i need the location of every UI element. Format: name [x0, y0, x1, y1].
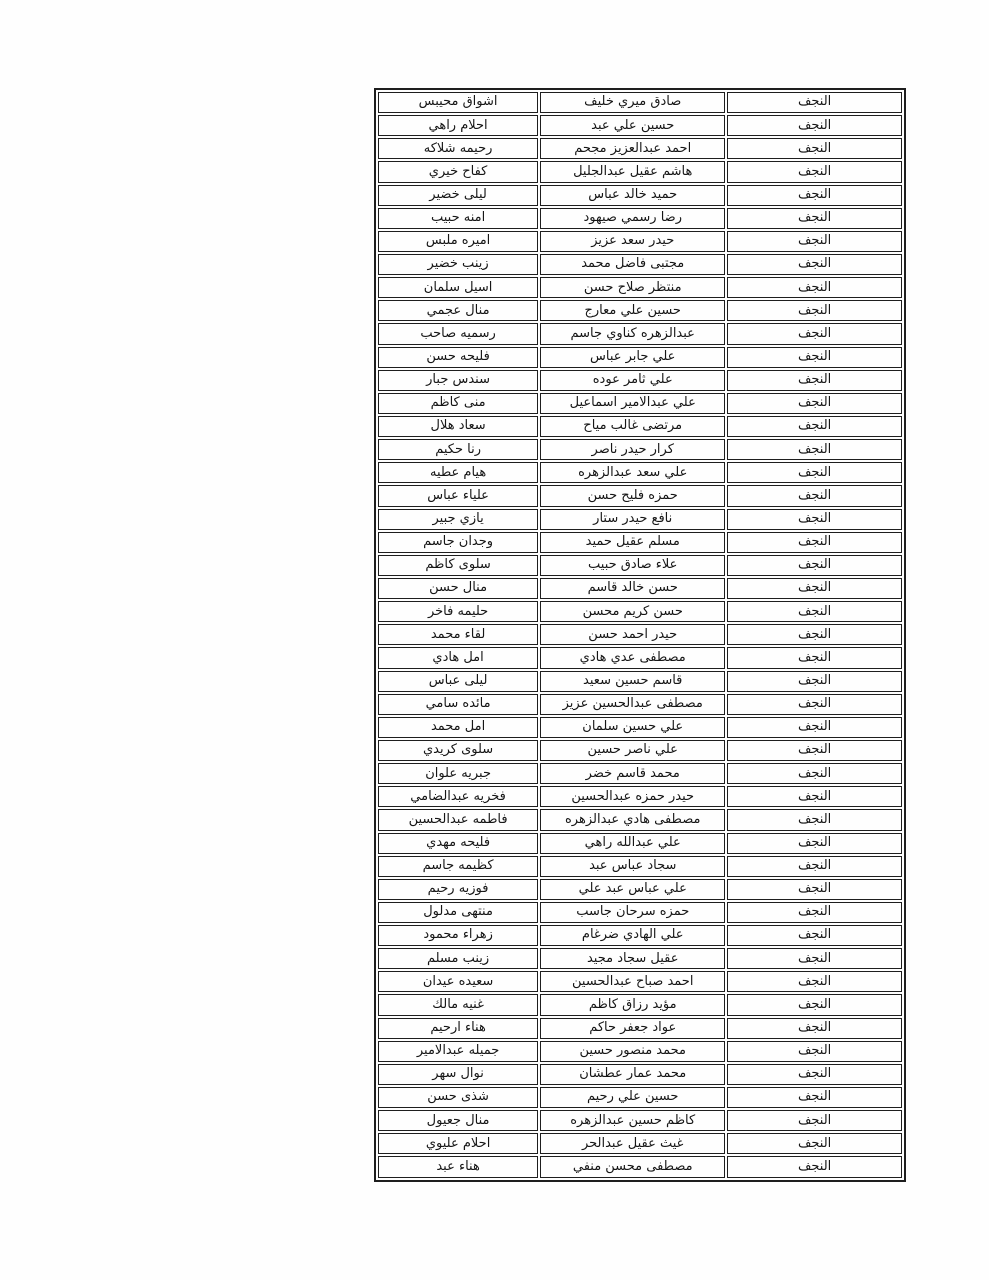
cell-full-name: عبدالزهره كناوي جاسم: [540, 323, 725, 344]
cell-province: النجف: [727, 370, 902, 391]
cell-province: النجف: [727, 1041, 902, 1062]
cell-mother-name: مائده سامي: [378, 694, 538, 715]
table-row: النجفصادق ميري خليفاشواق محيبس: [378, 92, 902, 113]
cell-full-name: نافع حيدر ستار: [540, 509, 725, 530]
cell-full-name: هاشم عقيل عبدالجليل: [540, 161, 725, 182]
cell-province: النجف: [727, 254, 902, 275]
table-row: النجفعلي ثامر عودهسندس جبار: [378, 370, 902, 391]
cell-province: النجف: [727, 1156, 902, 1178]
cell-mother-name: رنا حكيم: [378, 439, 538, 460]
cell-mother-name: زينب مسلم: [378, 948, 538, 969]
cell-mother-name: هيام عطيه: [378, 462, 538, 483]
cell-province: النجف: [727, 416, 902, 437]
table-row: النجفحيدر سعد عزيزاميره ملبس: [378, 231, 902, 252]
cell-mother-name: فوزيه رحيم: [378, 879, 538, 900]
cell-province: النجف: [727, 994, 902, 1015]
cell-mother-name: احلام عليوي: [378, 1133, 538, 1154]
cell-province: النجف: [727, 393, 902, 414]
table-row: النجفكاظم حسين عبدالزهرهمنال جعيول: [378, 1110, 902, 1131]
table-row: النجفعلي حسين سلمانامل محمد: [378, 717, 902, 738]
cell-full-name: حيدر حمزه عبدالحسين: [540, 786, 725, 807]
cell-mother-name: ليلى عباس: [378, 671, 538, 692]
cell-province: النجف: [727, 1110, 902, 1131]
cell-province: النجف: [727, 809, 902, 830]
table-row: النجفعلاء صادق حبيبسلوى كاظم: [378, 555, 902, 576]
cell-province: النجف: [727, 971, 902, 992]
cell-mother-name: فليحه مهدي: [378, 833, 538, 854]
cell-full-name: حسين علي معارج: [540, 300, 725, 321]
table-row: النجفنافع حيدر ستاريازي جبير: [378, 509, 902, 530]
table-row: النجفعلي عبدالامير اسماعيلمنى كاظم: [378, 393, 902, 414]
table-row: النجفمحمد منصور حسينجميله عبدالامير: [378, 1041, 902, 1062]
cell-province: النجف: [727, 323, 902, 344]
table-row: النجفمصطفى هادي عبدالزهرهفاطمه عبدالحسين: [378, 809, 902, 830]
cell-mother-name: اميره ملبس: [378, 231, 538, 252]
cell-province: النجف: [727, 231, 902, 252]
cell-full-name: حسن كريم محسن: [540, 601, 725, 622]
names-table: النجفصادق ميري خليفاشواق محيبسالنجفحسين …: [374, 88, 906, 1182]
cell-province: النجف: [727, 902, 902, 923]
table-row: النجفحمزه سرحان جاسبمنتهى مدلول: [378, 902, 902, 923]
cell-province: النجف: [727, 185, 902, 206]
cell-mother-name: جبريه علوان: [378, 763, 538, 784]
cell-full-name: علي عبدالامير اسماعيل: [540, 393, 725, 414]
cell-full-name: مؤيد رزاق كاظم: [540, 994, 725, 1015]
table-row: النجفاحمد صباح عبدالحسينسعيده عيدان: [378, 971, 902, 992]
cell-full-name: حيدر سعد عزيز: [540, 231, 725, 252]
cell-full-name: مرتضى غالب مياح: [540, 416, 725, 437]
cell-province: النجف: [727, 948, 902, 969]
cell-full-name: محمد عمار عطشان: [540, 1064, 725, 1085]
document-page: النجفصادق ميري خليفاشواق محيبسالنجفحسين …: [0, 0, 989, 1280]
cell-province: النجف: [727, 1064, 902, 1085]
table-row: النجفاحمد عبدالعزيز مجحمرحيمه شلاكه: [378, 138, 902, 159]
table-row: النجفمؤيد رزاق كاظمغنيه مالك: [378, 994, 902, 1015]
cell-mother-name: فاطمه عبدالحسين: [378, 809, 538, 830]
cell-province: النجف: [727, 555, 902, 576]
table-row: النجفحسين علي معارجمنال عجمي: [378, 300, 902, 321]
table-row: النجفحمزه فليح حسنعلياء عباس: [378, 485, 902, 506]
table-row: النجفحسن كريم محسنحليمه فاخر: [378, 601, 902, 622]
cell-full-name: عقيل سجاد مجيد: [540, 948, 725, 969]
cell-full-name: علي ناصر حسين: [540, 740, 725, 761]
cell-province: النجف: [727, 578, 902, 599]
cell-full-name: احمد صباح عبدالحسين: [540, 971, 725, 992]
cell-full-name: محمد منصور حسين: [540, 1041, 725, 1062]
cell-province: النجف: [727, 647, 902, 668]
cell-full-name: علي عباس عبد علي: [540, 879, 725, 900]
cell-full-name: غيث عقيل عبدالحر: [540, 1133, 725, 1154]
cell-mother-name: ليلى خضير: [378, 185, 538, 206]
cell-mother-name: لقاء محمد: [378, 624, 538, 645]
cell-full-name: كرار حيدر ناصر: [540, 439, 725, 460]
table-row: النجفحسن خالد قاسممنال حسن: [378, 578, 902, 599]
cell-mother-name: سلوى كاظم: [378, 555, 538, 576]
cell-full-name: عواد جعفر حاكم: [540, 1018, 725, 1039]
cell-mother-name: شذى حسن: [378, 1087, 538, 1108]
cell-full-name: علاء صادق حبيب: [540, 555, 725, 576]
cell-province: النجف: [727, 532, 902, 553]
cell-full-name: قاسم حسين سعيد: [540, 671, 725, 692]
cell-mother-name: غنيه مالك: [378, 994, 538, 1015]
cell-province: النجف: [727, 115, 902, 136]
cell-mother-name: هناء عبد: [378, 1156, 538, 1178]
cell-full-name: صادق ميري خليف: [540, 92, 725, 113]
cell-mother-name: منتهى مدلول: [378, 902, 538, 923]
table-row: النجفكرار حيدر ناصررنا حكيم: [378, 439, 902, 460]
cell-province: النجف: [727, 1133, 902, 1154]
table-row: النجفحسين علي رحيمشذى حسن: [378, 1087, 902, 1108]
cell-full-name: علي حسين سلمان: [540, 717, 725, 738]
cell-full-name: حميد خالد عباس: [540, 185, 725, 206]
cell-mother-name: منال حسن: [378, 578, 538, 599]
cell-province: النجف: [727, 601, 902, 622]
cell-province: النجف: [727, 694, 902, 715]
cell-province: النجف: [727, 763, 902, 784]
cell-mother-name: علياء عباس: [378, 485, 538, 506]
cell-full-name: احمد عبدالعزيز مجحم: [540, 138, 725, 159]
cell-province: النجف: [727, 624, 902, 645]
cell-full-name: مجتبى فاضل محمد: [540, 254, 725, 275]
cell-province: النجف: [727, 92, 902, 113]
cell-full-name: علي الهادي ضرغام: [540, 925, 725, 946]
names-table-container: النجفصادق ميري خليفاشواق محيبسالنجفحسين …: [374, 88, 906, 1182]
cell-province: النجف: [727, 347, 902, 368]
cell-province: النجف: [727, 786, 902, 807]
table-row: النجفمجتبى فاضل محمدزينب خضير: [378, 254, 902, 275]
table-row: النجفمسلم عقيل حميدوجدان جاسم: [378, 532, 902, 553]
table-row: النجفحيدر حمزه عبدالحسينفخريه عبدالضامي: [378, 786, 902, 807]
cell-mother-name: كفاح خيري: [378, 161, 538, 182]
cell-mother-name: فخريه عبدالضامي: [378, 786, 538, 807]
cell-full-name: محمد قاسم خضر: [540, 763, 725, 784]
cell-province: النجف: [727, 485, 902, 506]
table-row: النجفعلي عباس عبد عليفوزيه رحيم: [378, 879, 902, 900]
cell-province: النجف: [727, 879, 902, 900]
table-row: النجفحميد خالد عباسليلى خضير: [378, 185, 902, 206]
cell-province: النجف: [727, 509, 902, 530]
table-row: النجفعواد جعفر حاكمهناء ارحيم: [378, 1018, 902, 1039]
cell-full-name: مصطفى محسن منفي: [540, 1156, 725, 1178]
cell-mother-name: حليمه فاخر: [378, 601, 538, 622]
cell-full-name: كاظم حسين عبدالزهره: [540, 1110, 725, 1131]
cell-full-name: حسين علي عبد: [540, 115, 725, 136]
cell-full-name: حسين علي رحيم: [540, 1087, 725, 1108]
cell-province: النجف: [727, 138, 902, 159]
cell-province: النجف: [727, 740, 902, 761]
cell-mother-name: احلام راهي: [378, 115, 538, 136]
table-row: النجفمصطفى محسن منفيهناء عبد: [378, 1156, 902, 1178]
cell-mother-name: سعاد هلال: [378, 416, 538, 437]
cell-full-name: حمزه فليح حسن: [540, 485, 725, 506]
cell-full-name: حمزه سرحان جاسب: [540, 902, 725, 923]
cell-full-name: علي جابر عباس: [540, 347, 725, 368]
table-row: النجفمحمد قاسم خضرجبريه علوان: [378, 763, 902, 784]
table-row: النجفعلي عبدالله راهيفليحه مهدي: [378, 833, 902, 854]
cell-mother-name: رسميه صاحب: [378, 323, 538, 344]
cell-mother-name: وجدان جاسم: [378, 532, 538, 553]
table-row: النجفحسين علي عبداحلام راهي: [378, 115, 902, 136]
cell-province: النجف: [727, 462, 902, 483]
cell-mother-name: رحيمه شلاكه: [378, 138, 538, 159]
cell-mother-name: اسيل سلمان: [378, 277, 538, 298]
table-row: النجفمحمد عمار عطشاننوال سهر: [378, 1064, 902, 1085]
cell-full-name: سجاد عباس عبد: [540, 856, 725, 877]
cell-province: النجف: [727, 671, 902, 692]
table-row: النجفرضا رسمي صيهودامنه حبيب: [378, 208, 902, 229]
table-row: النجفهاشم عقيل عبدالجليلكفاح خيري: [378, 161, 902, 182]
table-row: النجفمرتضى غالب مياحسعاد هلال: [378, 416, 902, 437]
cell-full-name: علي سعد عبدالزهره: [540, 462, 725, 483]
cell-mother-name: زينب خضير: [378, 254, 538, 275]
cell-mother-name: منال عجمي: [378, 300, 538, 321]
cell-mother-name: منال جعيول: [378, 1110, 538, 1131]
cell-full-name: علي ثامر عوده: [540, 370, 725, 391]
cell-province: النجف: [727, 300, 902, 321]
cell-mother-name: جميله عبدالامير: [378, 1041, 538, 1062]
cell-full-name: حسن خالد قاسم: [540, 578, 725, 599]
table-row: النجفعلي سعد عبدالزهرههيام عطيه: [378, 462, 902, 483]
cell-province: النجف: [727, 277, 902, 298]
cell-full-name: مسلم عقيل حميد: [540, 532, 725, 553]
table-row: النجفغيث عقيل عبدالحراحلام عليوي: [378, 1133, 902, 1154]
table-row: النجفعبدالزهره كناوي جاسمرسميه صاحب: [378, 323, 902, 344]
cell-full-name: رضا رسمي صيهود: [540, 208, 725, 229]
cell-province: النجف: [727, 439, 902, 460]
cell-mother-name: كظيمه جاسم: [378, 856, 538, 877]
cell-province: النجف: [727, 1018, 902, 1039]
cell-full-name: مصطفى هادي عبدالزهره: [540, 809, 725, 830]
table-row: النجفعقيل سجاد مجيدزينب مسلم: [378, 948, 902, 969]
table-row: النجفعلي الهادي ضرغامزهراء محمود: [378, 925, 902, 946]
table-row: النجفقاسم حسين سعيدليلى عباس: [378, 671, 902, 692]
cell-full-name: منتظر صلاح حسن: [540, 277, 725, 298]
cell-full-name: مصطفى عبدالحسين عزيز: [540, 694, 725, 715]
cell-mother-name: امنه حبيب: [378, 208, 538, 229]
cell-mother-name: فليحه حسن: [378, 347, 538, 368]
cell-province: النجف: [727, 925, 902, 946]
cell-mother-name: زهراء محمود: [378, 925, 538, 946]
cell-mother-name: سلوى كريدي: [378, 740, 538, 761]
cell-mother-name: سعيده عيدان: [378, 971, 538, 992]
cell-mother-name: يازي جبير: [378, 509, 538, 530]
cell-mother-name: منى كاظم: [378, 393, 538, 414]
cell-mother-name: هناء ارحيم: [378, 1018, 538, 1039]
cell-province: النجف: [727, 856, 902, 877]
cell-full-name: علي عبدالله راهي: [540, 833, 725, 854]
table-body: النجفصادق ميري خليفاشواق محيبسالنجفحسين …: [378, 92, 902, 1178]
cell-mother-name: امل محمد: [378, 717, 538, 738]
cell-province: النجف: [727, 833, 902, 854]
cell-mother-name: امل هادي: [378, 647, 538, 668]
table-row: النجفحيدر احمد حسنلقاء محمد: [378, 624, 902, 645]
cell-mother-name: اشواق محيبس: [378, 92, 538, 113]
cell-mother-name: نوال سهر: [378, 1064, 538, 1085]
table-row: النجفعلي جابر عباسفليحه حسن: [378, 347, 902, 368]
cell-full-name: مصطفى عدي هادي: [540, 647, 725, 668]
table-row: النجفعلي ناصر حسينسلوى كريدي: [378, 740, 902, 761]
cell-province: النجف: [727, 208, 902, 229]
table-row: النجفسجاد عباس عبدكظيمه جاسم: [378, 856, 902, 877]
cell-province: النجف: [727, 717, 902, 738]
cell-province: النجف: [727, 1087, 902, 1108]
table-row: النجفمصطفى عدي هاديامل هادي: [378, 647, 902, 668]
table-row: النجفمنتظر صلاح حسناسيل سلمان: [378, 277, 902, 298]
cell-mother-name: سندس جبار: [378, 370, 538, 391]
cell-full-name: حيدر احمد حسن: [540, 624, 725, 645]
cell-province: النجف: [727, 161, 902, 182]
table-row: النجفمصطفى عبدالحسين عزيزمائده سامي: [378, 694, 902, 715]
